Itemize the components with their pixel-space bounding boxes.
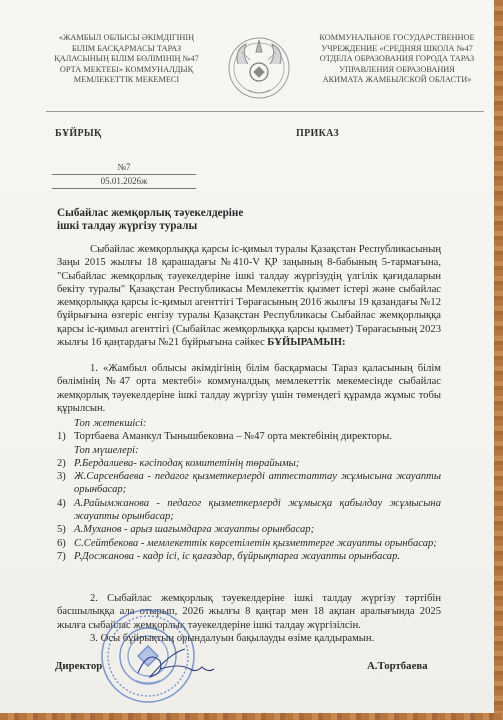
group-members-label: Топ мүшелері:	[57, 444, 441, 457]
item-text: Р.Бердалиева- кәсіподақ комитетінің төра…	[74, 457, 441, 470]
signatory-name: А.Тортбаева	[367, 660, 428, 672]
working-group-list: Топ жетекшісі: 1)Тортбаева Аманкул Тыныш…	[57, 417, 441, 563]
item-number: 4)	[57, 497, 74, 524]
document-page: «ЖАМБЫЛ ОБЛЫСЫ ӘКІМДІГІНІҢ БІЛІМ БАСҚАРМ…	[0, 0, 494, 713]
preamble-text: Сыбайлас жемқорлыққа қарсы іс-қимыл тура…	[57, 244, 441, 348]
list-item: 4)А.Райымжанова - педагог қызметкерлерді…	[57, 497, 441, 524]
item-text: А.Райымжанова - педагог қызметкерлерді ж…	[74, 497, 441, 524]
list-item: 5)А.Муханов - арыз шағымдарға жауапты ор…	[57, 523, 441, 536]
item-text: Тортбаева Аманкул Тынышбековна – №47 орт…	[74, 430, 441, 443]
divider	[52, 188, 196, 189]
item-text: А.Муханов - арыз шағымдарға жауапты орын…	[74, 523, 441, 536]
item-number: 7)	[57, 550, 74, 563]
item-text: Ж.Сарсенбаева - педагог қызметкерлерді а…	[74, 470, 441, 497]
item-number: 2)	[57, 457, 74, 470]
header-kazakh-line: «ЖАМБЫЛ ОБЛЫСЫ ӘКІМДІГІНІҢ	[44, 33, 209, 44]
table-edge-right	[494, 0, 503, 720]
header-kazakh-line: МЕМЛЕКЕТТІК МЕКЕМЕСІ	[44, 75, 209, 86]
header-russian-line: КОММУНАЛЬНОЕ ГОСУДАРСТВЕННОЕ	[312, 33, 482, 44]
list-item: 6)С.Сейтбекова - мемлекеттік көрсетілеті…	[57, 537, 441, 550]
item-text: Р.Досжанова - кадр ісі, іс қағаздар, бұй…	[74, 550, 441, 563]
signatory-title: Директор	[55, 660, 102, 672]
item-number: 5)	[57, 523, 74, 536]
handwritten-signature-icon	[130, 643, 225, 685]
list-item: 3)Ж.Сарсенбаева - педагог қызметкерлерді…	[57, 470, 441, 497]
header-russian-line: УПРАВЛЕНИЯ ОБРАЗОВАНИЯ	[312, 65, 482, 76]
clause-3: 3. Осы бұйрықтың орындалуын бақылауды өз…	[57, 632, 441, 645]
item-number: 6)	[57, 537, 74, 550]
order-subject: Сыбайлас жемқорлық тәуекелдеріне ішкі та…	[57, 207, 243, 233]
header-kazakh-line: БІЛІМ БАСҚАРМАСЫ ТАРАЗ	[44, 44, 209, 55]
list-item: 1)Тортбаева Аманкул Тынышбековна – №47 о…	[57, 430, 441, 443]
header-russian-line: УЧРЕЖДЕНИЕ «СРЕДНЯЯ ШКОЛА №47	[312, 44, 482, 55]
preamble-paragraph: Сыбайлас жемқорлыққа қарсы іс-қимыл тура…	[57, 243, 441, 349]
subject-line: Сыбайлас жемқорлық тәуекелдеріне	[57, 207, 243, 220]
state-emblem-icon	[226, 30, 292, 102]
header-divider	[46, 111, 484, 112]
item-text: С.Сейтбекова - мемлекеттік көрсетілетін …	[74, 537, 441, 550]
list-item: 2)Р.Бердалиева- кәсіподақ комитетінің тө…	[57, 457, 441, 470]
header-russian: КОММУНАЛЬНОЕ ГОСУДАРСТВЕННОЕ УЧРЕЖДЕНИЕ …	[312, 33, 482, 86]
header-russian-line: АКИМАТА ЖАМБЫЛСКОЙ ОБЛАСТИ»	[312, 75, 482, 86]
subject-line: ішкі талдау жүргізу туралы	[57, 220, 243, 233]
order-number: №7	[52, 162, 196, 173]
item-number: 3)	[57, 470, 74, 497]
divider	[52, 174, 196, 175]
doc-type-kazakh: БҰЙРЫҚ	[55, 128, 102, 139]
header-kazakh-line: ОРТА МЕКТЕБІ» КОММУНАЛДЫҚ	[44, 65, 209, 76]
doc-type-russian: ПРИКАЗ	[296, 128, 339, 139]
clause-1: 1. «Жамбыл облысы әкімдігінің білім басқ…	[57, 362, 441, 415]
command-word: БҰЙЫРАМЫН:	[267, 337, 345, 348]
header-kazakh-line: ҚАЛАСЫНЫҢ БІЛІМ БӨЛІМІНІҢ №47	[44, 54, 209, 65]
order-number-block: №7 05.01.2026ж	[52, 162, 196, 190]
item-number: 1)	[57, 430, 74, 443]
header-russian-line: ОТДЕЛА ОБРАЗОВАНИЯ ГОРОДА ТАРАЗ	[312, 54, 482, 65]
table-edge-bottom	[0, 713, 503, 720]
list-item: 7)Р.Досжанова - кадр ісі, іс қағаздар, б…	[57, 550, 441, 563]
group-leader-label: Топ жетекшісі:	[57, 417, 441, 430]
order-date: 05.01.2026ж	[52, 176, 196, 187]
header-kazakh: «ЖАМБЫЛ ОБЛЫСЫ ӘКІМДІГІНІҢ БІЛІМ БАСҚАРМ…	[44, 33, 209, 86]
